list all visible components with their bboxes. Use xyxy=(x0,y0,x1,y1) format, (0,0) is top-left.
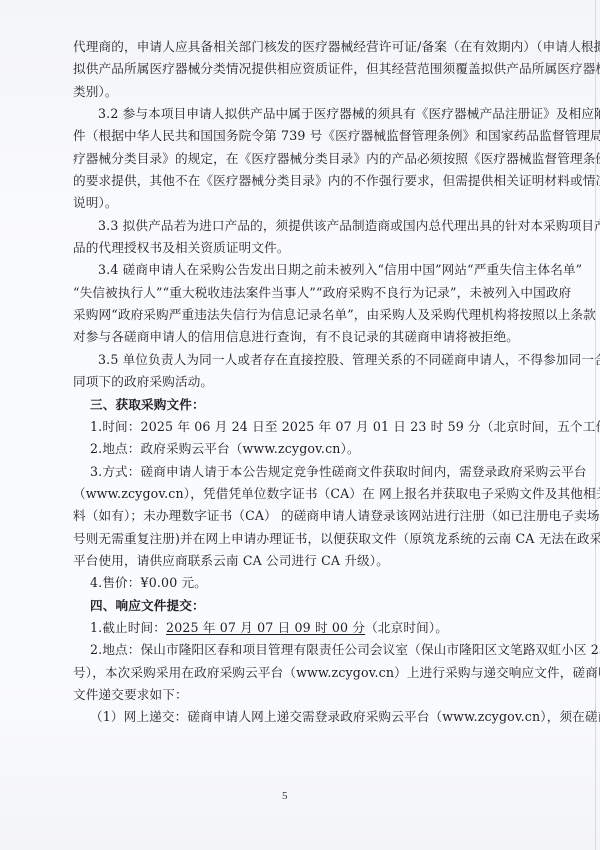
obtain-method: 3.方式：磋商申请人请于本公告规定竞争性磋商文件获取时间内，需登录政府采购云平台 xyxy=(73,461,523,483)
document-page: 代理商的，申请人应具备相关部门核发的医疗器械经营许可证/备案（在有效期内）（申请… xyxy=(0,0,600,850)
text-line: 料（如有）；未办理数字证书（CA） 的磋商申请人请登录该网站进行注册（如已注册电… xyxy=(73,505,523,527)
price: 4.售价：¥0.00 元。 xyxy=(73,572,523,594)
section-heading-obtain-documents: 三、获取采购文件： xyxy=(73,394,523,416)
clause-3-4: 3.4 磋商申请人在采购公告发出日期之前未被列入“信用中国”网站“严重失信主体名… xyxy=(73,259,523,281)
text-line: 疗器械分类目录》的规定，在《医疗器械分类目录》内的产品必须按照《医疗器械监督管理… xyxy=(73,148,523,170)
text-line: 的要求提供，其他不在《医疗器械分类目录》内的不作强行要求，但需提供相关证明材料或… xyxy=(73,170,523,192)
text-line: 平台使用，请供应商联系云南 CA 公司进行 CA 升级）。 xyxy=(73,550,523,572)
deadline-label: 1.截止时间： xyxy=(90,620,166,635)
text-line: 品的代理授权书及相关资质证明文件。 xyxy=(73,237,523,259)
online-submission: （1）网上递交：磋商申请人网上递交需登录政府采购云平台（www.zcygov.c… xyxy=(73,706,523,728)
text-line: （www.zcygov.cn），凭借凭单位数字证书（CA）在 网上报名并获取电子… xyxy=(73,483,523,505)
text-line: 代理商的，申请人应具备相关部门核发的医疗器械经营许可证/备案（在有效期内）（申请… xyxy=(73,36,523,58)
text-line: 说明）。 xyxy=(73,192,523,214)
deadline-suffix: （北京时间）。 xyxy=(365,620,448,635)
page-number: 5 xyxy=(282,790,288,802)
submission-deadline: 1.截止时间：2025 年 07 月 07 日 09 时 00 分（北京时间）。 xyxy=(73,617,523,639)
text-line: 件（根据中华人民共和国国务院令第 739 号《医疗器械监督管理条例》和国家药品监… xyxy=(73,125,523,147)
text-line: 文件递交要求如下： xyxy=(73,684,523,706)
deadline-datetime: 2025 年 07 月 07 日 09 时 00 分 xyxy=(166,620,365,635)
section-heading-submission: 四、响应文件提交： xyxy=(73,595,523,617)
obtain-location: 2.地点：政府采购云平台（www.zcygov.cn）。 xyxy=(73,438,523,460)
text-line: 采购网“政府采购严重违法失信行为信息记录名单”，由采购人及采购代理机构将按照以上… xyxy=(73,304,523,326)
text-line: 号则无需重复注册)并在网上申请办理证书，以便获取文件（原筑龙系统的云南 CA 无… xyxy=(73,528,523,550)
clause-3-2: 3.2 参与本项目申请人拟供产品中属于医疗器械的须具有《医疗器械产品注册证》及相… xyxy=(73,103,523,125)
text-line: 号），本次采购采用在政府采购云平台（www.zcygov.cn）上进行采购与递交… xyxy=(73,662,523,684)
document-body: 代理商的，申请人应具备相关部门核发的医疗器械经营许可证/备案（在有效期内）（申请… xyxy=(73,36,523,729)
submission-location: 2.地点：保山市隆阳区春和项目管理有限责任公司会议室（保山市隆阳区文笔路双虹小区… xyxy=(73,639,523,661)
clause-3-5: 3.5 单位负责人为同一人或者存在直接控股、管理关系的不同磋商申请人，不得参加同… xyxy=(73,349,523,371)
text-line: 对参与各磋商申请人的信用信息进行查询，有不良记录的其磋商申请将被拒绝。 xyxy=(73,326,523,348)
text-line: 类别）。 xyxy=(73,81,523,103)
text-line: 同项下的政府采购活动。 xyxy=(73,371,523,393)
text-line: 拟供产品所属医疗器械分类情况提供相应资质证件，但其经营范围须覆盖拟供产品所属医疗… xyxy=(73,58,523,80)
obtain-time: 1.时间：2025 年 06 月 24 日至 2025 年 07 月 01 日 … xyxy=(73,416,523,438)
clause-3-3: 3.3 拟供产品若为进口产品的，须提供该产品制造商或国内总代理出具的针对本采购项… xyxy=(73,215,523,237)
text-line: “失信被执行人”“重大税收违法案件当事人”“政府采购不良行为记录”，未被列入中国… xyxy=(73,282,523,304)
